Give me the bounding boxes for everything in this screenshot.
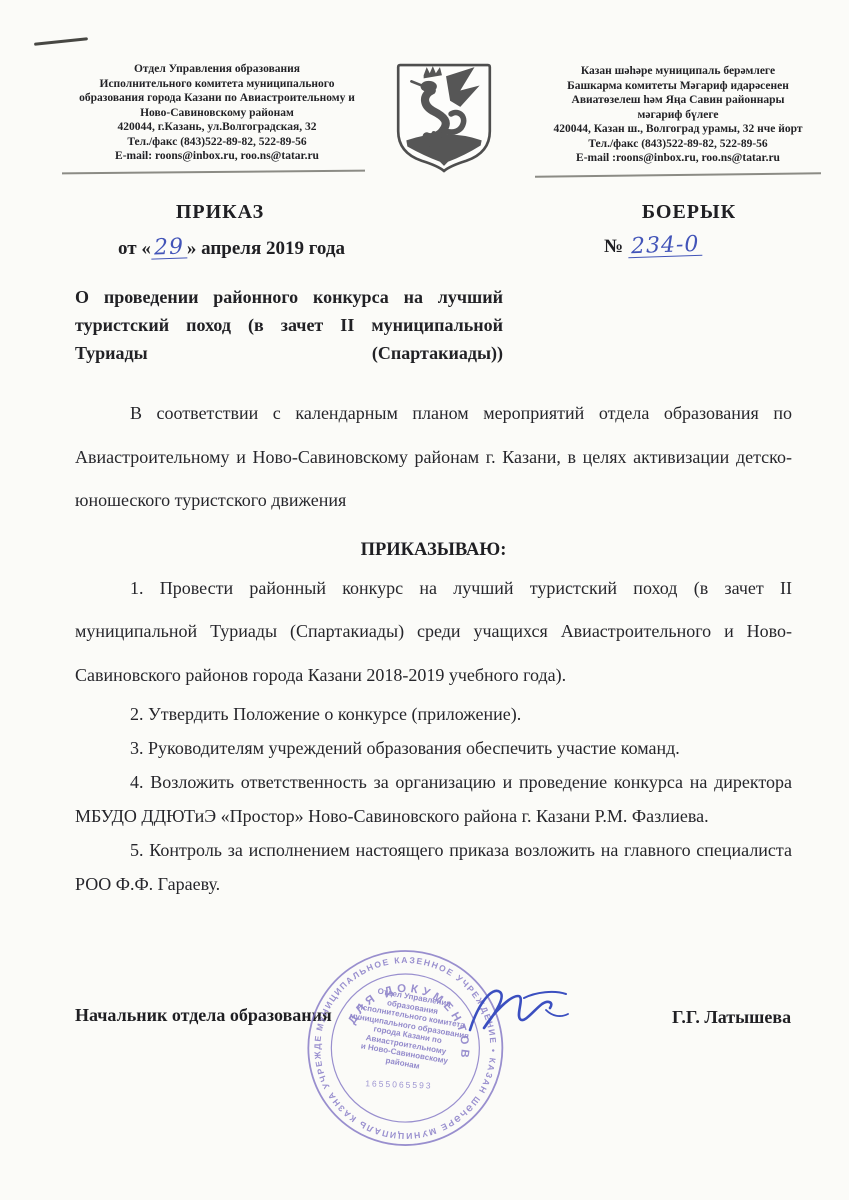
- date-suffix: » апреля 2019 года: [187, 238, 345, 259]
- order-item-2: 2. Утвердить Положение о конкурсе (прило…: [75, 697, 792, 731]
- letterhead-tatar-block: Казан шәһәре муниципаль берәмлеге Башкар…: [526, 64, 830, 166]
- header-divider-right: [535, 172, 821, 177]
- order-item-5: 5. Контроль за исполнением настоящего пр…: [75, 833, 792, 901]
- order-item-3: 3. Руководителям учреждений образования …: [75, 731, 792, 765]
- number-label: №: [604, 236, 628, 257]
- header-divider-left: [62, 170, 365, 175]
- letterhead-russian-block: Отдел Управления образования Исполнитель…: [58, 62, 376, 164]
- order-body: В соответствии с календарным планом меро…: [75, 392, 792, 901]
- order-subject: О проведении районного конкурса на лучши…: [75, 283, 503, 395]
- doc-title-boeryk: БОЕРЫК: [572, 201, 806, 224]
- handwritten-signature: [462, 968, 580, 1056]
- signer-name: Г.Г. Латышева: [672, 1007, 791, 1028]
- handwritten-number: 234-0: [628, 235, 703, 259]
- document-number-line: № 234-0: [604, 236, 702, 258]
- signer-position-title: Начальник отдела образования: [75, 1005, 332, 1026]
- kazan-coat-of-arms-icon: [393, 60, 495, 174]
- scan-pen-mark: [34, 37, 88, 46]
- date-prefix: от «: [118, 238, 151, 259]
- date-line: от «29» апреля 2019 года: [118, 238, 345, 260]
- order-item-1: 1. Провести районный конкурс на лучший т…: [75, 567, 792, 698]
- intro-paragraph: В соответствии с календарным планом меро…: [75, 392, 792, 523]
- order-heading: ПРИКАЗЫВАЮ:: [75, 533, 792, 567]
- order-item-4: 4. Возложить ответственность за организа…: [75, 765, 792, 833]
- scanned-order-document: Отдел Управления образования Исполнитель…: [0, 0, 849, 1200]
- doc-title-prikaz: ПРИКАЗ: [90, 201, 350, 224]
- handwritten-day: 29: [150, 237, 187, 259]
